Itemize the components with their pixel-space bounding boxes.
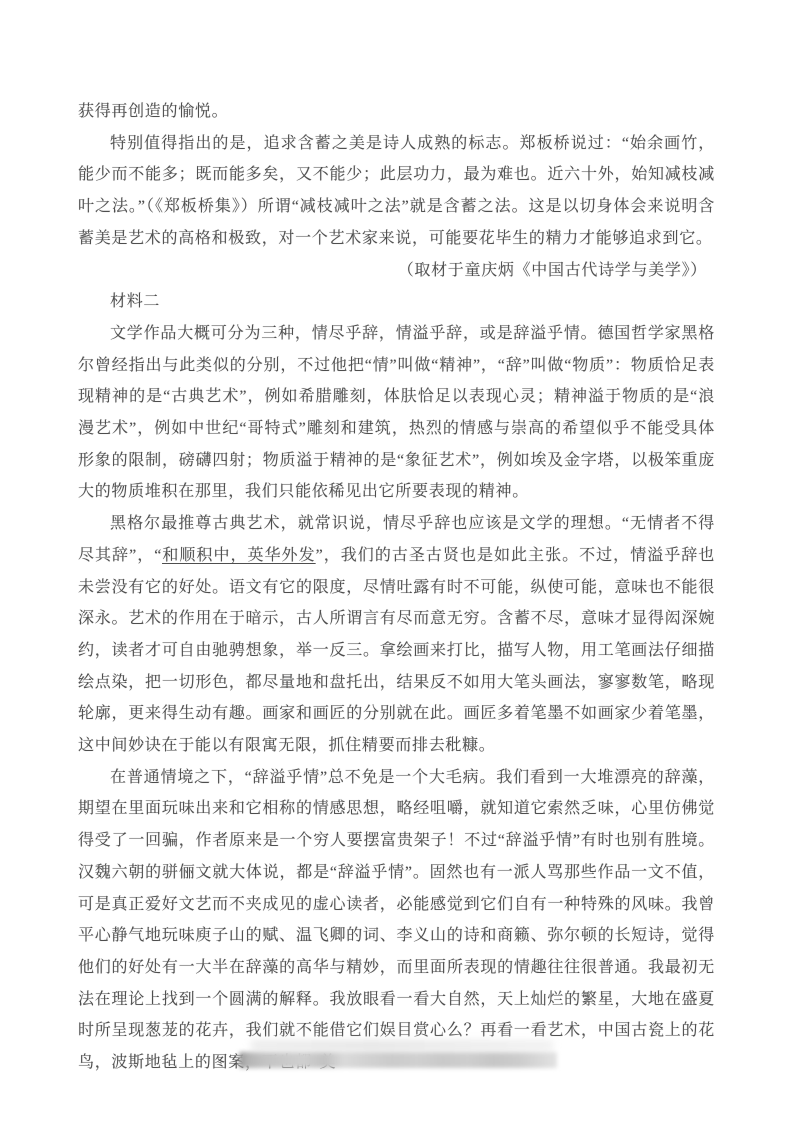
- document-page: 获得再创造的愉悦。 特别值得指出的是，追求含蓄之美是诗人成熟的标志。郑板桥说过：…: [0, 0, 793, 1122]
- material-two-heading: 材料二: [78, 286, 715, 318]
- paragraph-ci-yi-hu-qing: 在普通情境之下，“辞溢乎情”总不免是一个大毛病。我们看到一大堆漂亮的辞藻，期望在…: [78, 762, 715, 1079]
- blurred-watermark-bar: [239, 1052, 557, 1068]
- paragraph-hegel-classical-art: 黑格尔最推尊古典艺术，就常识说，情尽乎辞也应该是文学的理想。“无情者不得尽其辞”…: [78, 508, 715, 762]
- underlined-phrase: 和顺积中，英华外发: [162, 547, 316, 564]
- paragraph-segment-after-underline: ”，我们的古圣古贤也是如此主张。不过，情溢乎辞也未尝没有它的好处。语文有它的限度…: [78, 547, 715, 754]
- paragraph-hanyu-contain-beauty: 特别值得指出的是，追求含蓄之美是诗人成熟的标志。郑板桥说过：“始余画竹，能少而不…: [78, 128, 715, 255]
- paragraph-hegel-three-kinds: 文学作品大概可分为三种，情尽乎辞，情溢乎辞，或是辞溢乎情。德国哲学家黑格尔曾经指…: [78, 318, 715, 508]
- document-text-block: 获得再创造的愉悦。 特别值得指出的是，追求含蓄之美是诗人成熟的标志。郑板桥说过：…: [78, 96, 715, 1079]
- paragraph-continuation: 获得再创造的愉悦。: [78, 96, 715, 128]
- source-attribution: （取材于童庆炳《中国古代诗学与美学》）: [78, 255, 715, 287]
